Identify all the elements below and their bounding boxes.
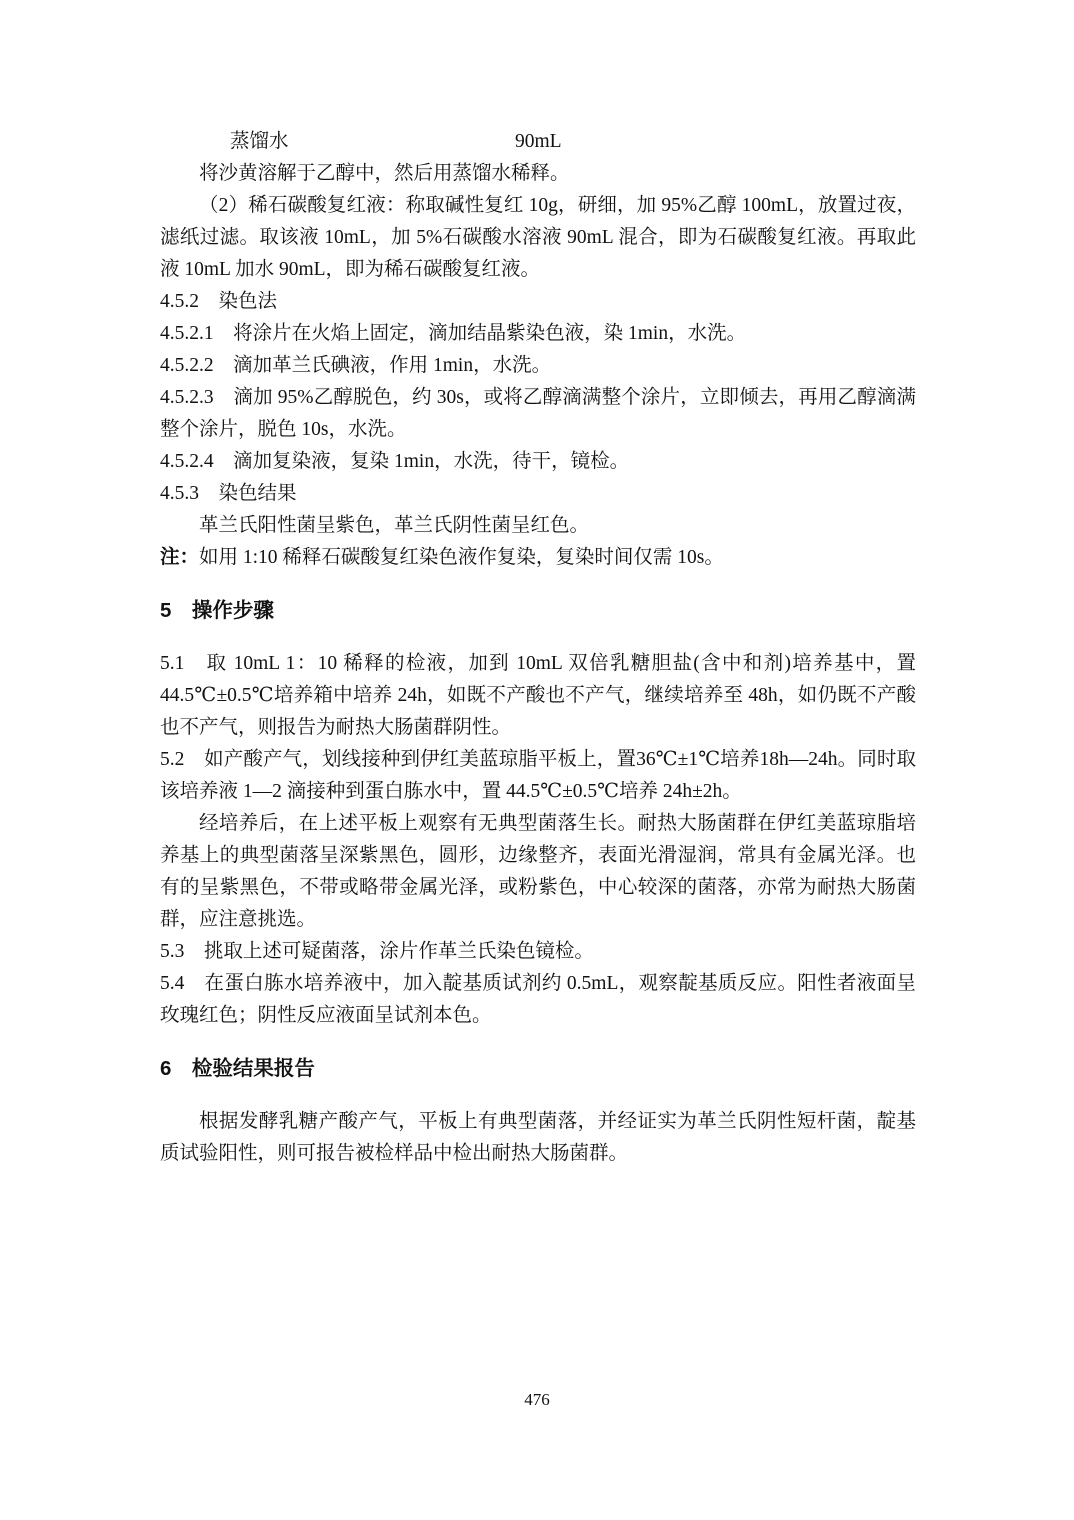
document-page: 蒸馏水 90mL 将沙黄溶解于乙醇中，然后用蒸馏水稀释。 （2）稀石碳酸复红液：… <box>0 0 1074 1520</box>
clause-4521: 4.5.2.1 将涂片在火焰上固定，滴加结晶紫染色液，染 1min，水洗。 <box>160 318 916 350</box>
note-label: 注： <box>160 547 199 568</box>
note-text: 如用 1:10 稀释石碳酸复红染色液作复染，复染时间仅需 10s。 <box>199 547 724 568</box>
clause-52: 5.2 如产酸产气，划线接种到伊红美蓝琼脂平板上，置36℃±1℃培养18h—24… <box>160 744 916 808</box>
clause-4522: 4.5.2.2 滴加革兰氏碘液，作用 1min，水洗。 <box>160 350 916 382</box>
clause-453-heading: 4.5.3 染色结果 <box>160 478 916 510</box>
paragraph-report: 根据发酵乳糖产酸产气，平板上有典型菌落，并经证实为革兰氏阴性短杆菌，靛基质试验阳… <box>160 1106 916 1170</box>
paragraph-colony-observation: 经培养后，在上述平板上观察有无典型菌落生长。耐热大肠菌群在伊红美蓝琼脂培养基上的… <box>160 808 916 936</box>
clause-53: 5.3 挑取上述可疑菌落，涂片作革兰氏染色镜检。 <box>160 936 916 968</box>
clause-51: 5.1 取 10mL 1：10 稀释的检液，加到 10mL 双倍乳糖胆盐(含中和… <box>160 648 916 744</box>
paragraph-dissolve: 将沙黄溶解于乙醇中，然后用蒸馏水稀释。 <box>160 158 916 190</box>
note-paragraph: 注：如用 1:10 稀释石碳酸复红染色液作复染，复染时间仅需 10s。 <box>160 542 916 574</box>
ingredient-row: 蒸馏水 90mL <box>160 126 916 158</box>
document-body: 蒸馏水 90mL 将沙黄溶解于乙醇中，然后用蒸馏水稀释。 （2）稀石碳酸复红液：… <box>160 126 916 1170</box>
section-5-heading: 5 操作步骤 <box>160 595 916 627</box>
section-6-heading: 6 检验结果报告 <box>160 1053 916 1085</box>
clause-54: 5.4 在蛋白胨水培养液中，加入靛基质试剂约 0.5mL，观察靛基质反应。阳性者… <box>160 968 916 1032</box>
page-number: 476 <box>0 1388 1074 1412</box>
ingredient-name: 蒸馏水 <box>230 131 289 152</box>
paragraph-fuchsin-solution: （2）稀石碳酸复红液：称取碱性复红 10g，研细，加 95%乙醇 100mL，放… <box>160 190 916 286</box>
ingredient-amount: 90mL <box>515 126 562 158</box>
clause-452-heading: 4.5.2 染色法 <box>160 286 916 318</box>
clause-4524: 4.5.2.4 滴加复染液，复染 1min，水洗，待干，镜检。 <box>160 446 916 478</box>
paragraph-stain-result: 革兰氏阳性菌呈紫色，革兰氏阴性菌呈红色。 <box>160 510 916 542</box>
clause-4523: 4.5.2.3 滴加 95%乙醇脱色，约 30s，或将乙醇滴满整个涂片，立即倾去… <box>160 382 916 446</box>
